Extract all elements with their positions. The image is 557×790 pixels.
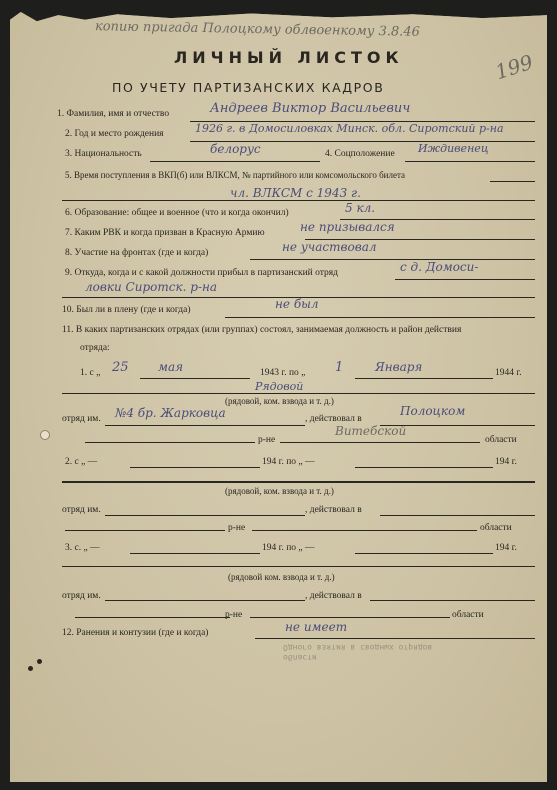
service-3-from-prefix: 3. с. „ — [65, 543, 100, 553]
field-11-label-cont: отряда: [80, 343, 110, 353]
bleed-through-line2: области [283, 653, 317, 662]
field-3-label: 3. Национальность [65, 149, 142, 159]
service-1-district-suffix: р-не [258, 435, 275, 445]
field-3-value: белорус [210, 142, 261, 156]
service-1-unit-label: отряд им. [62, 414, 101, 424]
service-1-unit: №4 бр. Жарковца [115, 406, 226, 420]
field-6-label: 6. Образование: общее и военное (что и к… [65, 208, 289, 218]
field-2-value: 1926 г. в Домосиловках Минск. обл. Сирот… [195, 122, 504, 135]
service-1-year-from: 1943 г. по „ [260, 368, 305, 378]
service-2-district-suffix: р-не [228, 523, 245, 533]
bleed-through-line1: Одного взятия в сводных отрядов [283, 643, 432, 652]
service-1-district: Полоцком [400, 404, 465, 418]
field-7-value: не призывался [300, 220, 395, 234]
field-9-value-line2: ловки Сиротск. р-на [85, 280, 217, 294]
field-5-label: 5. Время поступления в ВКП(б) или ВЛКСМ,… [65, 170, 405, 180]
field-7-label: 7. Каким РВК и когда призван в Красную А… [65, 228, 265, 238]
punch-hole-icon [40, 430, 50, 440]
field-5-value: чл. ВЛКСМ с 1943 г. [230, 186, 361, 200]
field-1-value: Андреев Виктор Васильевич [210, 101, 410, 116]
service-2-year-from: 194 г. по „ — [262, 457, 315, 467]
service-2-unit-label: отряд им. [62, 505, 101, 515]
field-10-label: 10. Был ли в плену (где и когда) [62, 305, 191, 315]
service-1-acted-label: , действовал в [305, 414, 362, 424]
field-4-value: Иждивенец [418, 142, 489, 155]
service-2-from-prefix: 2. с „ — [65, 457, 97, 467]
service-1-day-from: 25 [112, 360, 129, 375]
field-2-label: 2. Год и место рождения [65, 129, 164, 139]
document-title: ЛИЧНЫЙ ЛИСТОК [174, 48, 404, 67]
field-4-label: 4. Соцположение [325, 149, 395, 159]
service-1-position-hint: (рядовой, ком. взвода и т. д.) [225, 396, 334, 406]
service-2-year-to: 194 г. [495, 457, 517, 467]
service-1-month-from: мая [158, 360, 183, 374]
field-11-label: 11. В каких партизанских отрядах (или гр… [62, 325, 461, 335]
service-2-position-hint: (рядовой, ком. взвода и т. д.) [225, 486, 334, 496]
field-8-label: 8. Участие на фронтах (где и когда) [65, 248, 208, 258]
service-1-position: Рядовой [255, 380, 303, 393]
service-3-region-suffix: области [452, 610, 484, 620]
field-12-value: не имеет [285, 620, 347, 634]
service-3-position-hint: (рядовой ком. взвода и т. д.) [228, 572, 335, 582]
service-3-year-from: 194 г. по „ — [262, 543, 315, 553]
service-2-region-suffix: области [480, 523, 512, 533]
field-12-label: 12. Ранения и контузии (где и когда) [62, 628, 208, 638]
document-subtitle: ПО УЧЕТУ ПАРТИЗАНСКИХ КАДРОВ [112, 80, 384, 95]
field-9-value-line1: с д. Домоси- [400, 260, 478, 274]
service-1-region: Витебской [335, 424, 406, 438]
service-1-day-to: 1 [335, 360, 343, 375]
service-1-month-to: Января [375, 360, 422, 374]
punch-hole-icon [28, 666, 33, 671]
service-3-unit-label: отряд им. [62, 591, 101, 601]
field-9-label: 9. Откуда, когда и с какой должности при… [65, 268, 338, 278]
punch-hole-icon [37, 659, 42, 664]
service-3-district-suffix: р-не [225, 610, 242, 620]
field-10-value: не был [275, 297, 319, 311]
service-2-acted-label: , действовал в [305, 505, 362, 515]
field-1-label: 1. Фамилия, имя и отчество [57, 109, 169, 119]
service-3-year-to: 194 г. [495, 543, 517, 553]
service-1-region-suffix: области [485, 435, 517, 445]
service-1-from-prefix: 1. с „ [80, 368, 100, 378]
service-3-acted-label: , действовал в [305, 591, 362, 601]
field-8-value: не участвовал [282, 240, 377, 254]
service-1-year-to: 1944 г. [495, 368, 522, 378]
field-6-value: 5 кл. [345, 201, 375, 215]
